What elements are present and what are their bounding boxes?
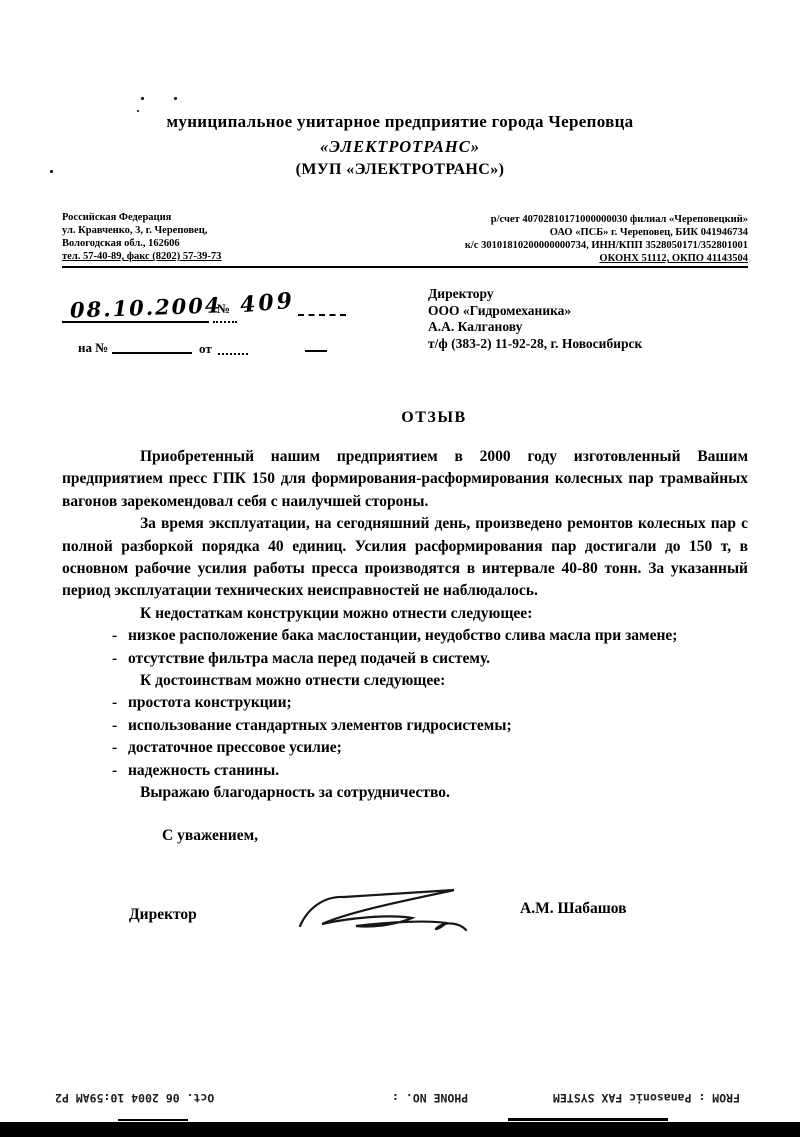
scanned-fax-letter: муниципальное унитарное предприятие горо… xyxy=(0,0,800,1137)
bank-details-block: р/счет 40702810171000000030 филиал «Чере… xyxy=(465,213,748,265)
handwritten-number: 409 xyxy=(239,288,296,319)
reply-from-dash xyxy=(305,336,327,352)
closing-line: С уважением, xyxy=(162,825,748,847)
list-item: - достаточное прессовое усилие; xyxy=(62,737,748,759)
address-line: Российская Федерация xyxy=(62,211,221,224)
list-item: - надежность станины. xyxy=(62,760,748,782)
paragraph: За время эксплуатации, на сегодняшний де… xyxy=(62,513,748,603)
reply-to-label: на № xyxy=(78,340,108,356)
paragraph: К недостаткам конструкции можно отнести … xyxy=(62,603,748,625)
bullet-dash: - xyxy=(112,737,117,759)
paragraph: Выражаю благодарность за сотрудничество. xyxy=(62,782,748,804)
list-item-text: отсутствие фильтра масла перед подачей в… xyxy=(128,650,490,667)
bank-line: ОАО «ПСБ» г. Череповец, БИК 041946734 xyxy=(465,226,748,239)
org-name-line2: «ЭЛЕКТРОТРАНС» xyxy=(0,137,800,157)
org-name-line3: (МУП «ЭЛЕКТРОТРАНС») xyxy=(0,161,800,179)
letterhead-divider xyxy=(62,266,748,268)
list-item-text: простота конструкции; xyxy=(128,694,292,711)
list-item-text: надежность станины. xyxy=(128,762,279,779)
date-dots xyxy=(213,321,237,323)
reply-from-label: от xyxy=(199,341,212,357)
reply-number-blank xyxy=(112,338,192,354)
number-label: № xyxy=(217,301,230,317)
list-item-text: низкое расположение бака маслостанции, н… xyxy=(128,627,677,644)
list-item-text: достаточное прессовое усилие; xyxy=(128,739,342,756)
list-item: - простота конструкции; xyxy=(62,692,748,714)
handwritten-date: 08.10.2004 xyxy=(70,292,222,322)
signer-position: Директор xyxy=(129,906,197,924)
fax-transmission-line: Oct. 06 2004 10:59AM P2 PHONE NO. : FROM… xyxy=(0,1091,800,1109)
date-underline xyxy=(62,321,209,323)
recipient-block: Директору ООО «Гидромеханика» А.А. Калга… xyxy=(428,286,642,352)
number-dashes xyxy=(298,314,346,316)
fax-phone-label: PHONE NO. : xyxy=(392,1091,468,1105)
address-line: ул. Кравченко, 3, г. Череповец, xyxy=(62,224,221,237)
scan-artifact xyxy=(508,1118,668,1121)
address-line: Вологодская обл., 162606 xyxy=(62,237,221,250)
list-item: - отсутствие фильтра масла перед подачей… xyxy=(62,648,748,670)
paragraph: К достоинствам можно отнести следующее: xyxy=(62,670,748,692)
list-item-text: использование стандартных элементов гидр… xyxy=(128,717,512,734)
scan-artifact xyxy=(118,1119,188,1121)
address-line-phone: тел. 57-40-89, факс (8202) 57-39-73 xyxy=(62,250,221,263)
reply-from-dots xyxy=(218,339,248,355)
bullet-dash: - xyxy=(112,625,117,647)
scan-speck xyxy=(174,97,177,100)
scan-black-bar xyxy=(0,1122,800,1137)
bullet-dash: - xyxy=(112,715,117,737)
scan-speck xyxy=(141,97,144,100)
address-block: Российская Федерация ул. Кравченко, 3, г… xyxy=(62,211,221,263)
scan-speck xyxy=(137,110,139,112)
bank-line-okonh: ОКОНХ 51112, ОКПО 41143504 xyxy=(465,252,748,265)
list-item: - использование стандартных элементов ги… xyxy=(62,715,748,737)
signature-block: Директор А.М. Шабашов xyxy=(62,880,748,950)
letterhead-header: муниципальное унитарное предприятие горо… xyxy=(0,112,800,179)
bullet-dash: - xyxy=(112,648,117,670)
fax-from-label: FROM : Panasonic FAX SYSTEM xyxy=(553,1091,740,1105)
paragraph: Приобретенный нашим предприятием в 2000 … xyxy=(62,446,748,513)
org-name-line1: муниципальное унитарное предприятие горо… xyxy=(0,112,800,132)
bullet-dash: - xyxy=(112,760,117,782)
signer-name: А.М. Шабашов xyxy=(520,900,627,918)
recipient-line: А.А. Калганову xyxy=(428,319,642,336)
list-item: - низкое расположение бака маслостанции,… xyxy=(62,625,748,647)
recipient-line: ООО «Гидромеханика» xyxy=(428,303,642,320)
recipient-line: т/ф (383-2) 11-92-28, г. Новосибирск xyxy=(428,336,642,353)
fax-datetime: Oct. 06 2004 10:59AM P2 xyxy=(55,1091,214,1105)
bank-line: к/с 30101810200000000734, ИНН/КПП 352805… xyxy=(465,239,748,252)
scan-speck xyxy=(50,170,53,173)
recipient-line: Директору xyxy=(428,286,642,303)
bullet-dash: - xyxy=(112,692,117,714)
letter-title: ОТЗЫВ xyxy=(34,409,800,427)
letter-body: Приобретенный нашим предприятием в 2000 … xyxy=(62,446,748,847)
signature-icon xyxy=(294,882,494,942)
bank-line: р/счет 40702810171000000030 филиал «Чере… xyxy=(465,213,748,226)
signature-squiggle xyxy=(294,882,494,947)
